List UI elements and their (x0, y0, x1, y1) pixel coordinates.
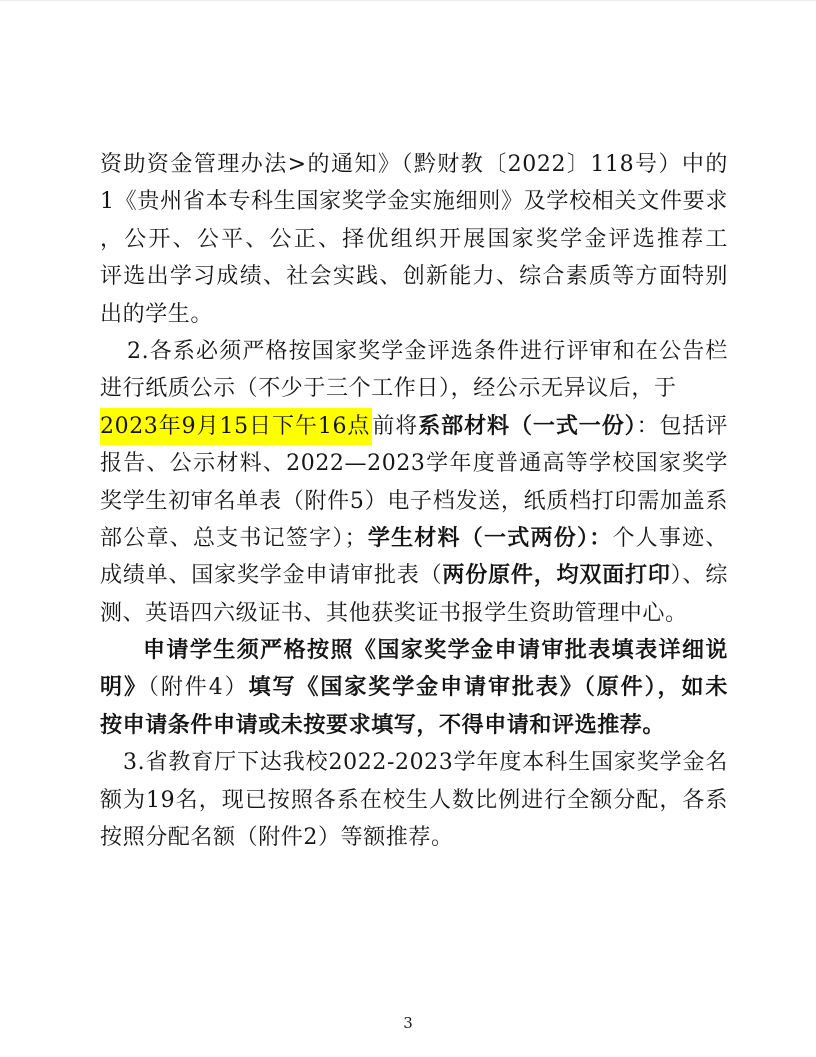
bold-run: 学生材料（一式两份）： (367, 525, 612, 551)
text-line: 进行纸质公示（不少于三个工作日），经公示无异议后，于 (100, 370, 728, 407)
text-line: 额为19名，现已按照各系在校生人数比例进行全额分配，各系须 (100, 782, 728, 819)
text-line: 奖学生初审名单表（附件5）电子档发送，纸质档打印需加盖系 (100, 483, 728, 520)
text-run: （附件4） (148, 675, 249, 700)
text-line: 2.各系必须严格按国家奖学金评选条件进行评审和在公告栏 (100, 333, 728, 370)
text-run: 成绩单、国家奖学金申请审批表（ (100, 563, 442, 588)
bold-run: 申请学生须严格按照《国家奖学金申请审批表填表详细说 (143, 637, 728, 663)
text-run: ，公开、公平、公正、择优组织开展国家奖学金评选推荐工作， (100, 227, 728, 258)
bold-run: 按申请条件申请或未按要求填写，不得申请和评选推荐。 (100, 712, 665, 738)
text-run: 部公章、总支书记签字）； (100, 526, 367, 551)
text-line: 明》（附件4）填写《国家奖学金申请审批表》（原件），如未 (100, 669, 728, 706)
deadline-highlight: 2023年9月15日下午16点 (100, 408, 372, 445)
text-run: 前将 (372, 414, 418, 439)
text-run: 3.省教育厅下达我校2022-2023学年度本科生国家奖学金名 (123, 750, 728, 775)
page-number: 3 (0, 1013, 816, 1033)
text-run: 资助资金管理办法>的通知》（黔财教〔2022〕118号）中的附件 (100, 152, 728, 183)
text-line: 按照分配名额（附件2）等额推荐。 (100, 819, 728, 856)
text-run: 测、英语四六级证书、其他获奖证书报学生资助管理中心。 (100, 601, 688, 626)
bold-run: 两份原件，均双面打印 (442, 562, 670, 588)
text-line: 部公章、总支书记签字）；学生材料（一式两份）：个人事迹、 (100, 520, 728, 557)
text-run: 奖学生初审名单表（附件5）电子档发送，纸质档打印需加盖系 (100, 489, 728, 514)
text-run: ）、综 (671, 563, 728, 588)
text-run: 按照分配名额（附件2）等额推荐。 (100, 825, 454, 850)
document-body: 资助资金管理办法>的通知》（黔财教〔2022〕118号）中的附件 1《贵州省本专… (100, 146, 728, 856)
text-run: 出的学生。 (100, 302, 213, 327)
text-line: 评选出学习成绩、社会实践、创新能力、综合素质等方面特别突 (100, 258, 728, 295)
text-line: 成绩单、国家奖学金申请审批表（两份原件，均双面打印）、综 (100, 557, 728, 594)
bold-run: 系部材料（一式一份） (418, 413, 636, 439)
text-run: 1《贵州省本专科生国家奖学金实施细则》及学校相关文件要求 (100, 189, 728, 214)
text-line: 按申请条件申请或未按要求填写，不得申请和评选推荐。 (100, 707, 728, 744)
text-line: 报告、公示材料、2022—2023学年度普通高等学校国家奖学金获 (100, 445, 728, 482)
text-line: 出的学生。 (100, 296, 728, 333)
text-line: 3.省教育厅下达我校2022-2023学年度本科生国家奖学金名 (100, 744, 728, 781)
text-line: 测、英语四六级证书、其他获奖证书报学生资助管理中心。 (100, 595, 728, 632)
text-run: 评选出学习成绩、社会实践、创新能力、综合素质等方面特别突 (100, 264, 728, 295)
text-run: 额为19名，现已按照各系在校生人数比例进行全额分配，各系须 (100, 788, 728, 819)
text-run: 2.各系必须严格按国家奖学金评选条件进行评审和在公告栏 (127, 339, 728, 364)
text-line: 申请学生须严格按照《国家奖学金申请审批表填表详细说 (100, 632, 728, 669)
text-line: ，公开、公平、公正、择优组织开展国家奖学金评选推荐工作， (100, 221, 728, 258)
text-line: 资助资金管理办法>的通知》（黔财教〔2022〕118号）中的附件 (100, 146, 728, 183)
text-run: 进行纸质公示（不少于三个工作日），经公示无异议后，于 (100, 376, 677, 401)
text-line: 2023年9月15日下午16点前将系部材料（一式一份）：包括评审 (100, 408, 728, 445)
text-run: 报告、公示材料、2022—2023学年度普通高等学校国家奖学金获 (100, 451, 728, 482)
document-page: 资助资金管理办法>的通知》（黔财教〔2022〕118号）中的附件 1《贵州省本专… (0, 0, 816, 1057)
bold-run: 填写《国家奖学金申请审批表》（原件），如未 (249, 674, 728, 700)
text-line: 1《贵州省本专科生国家奖学金实施细则》及学校相关文件要求 (100, 183, 728, 220)
bold-run: 明》 (100, 674, 148, 700)
text-run: 个人事迹、 (612, 526, 728, 551)
